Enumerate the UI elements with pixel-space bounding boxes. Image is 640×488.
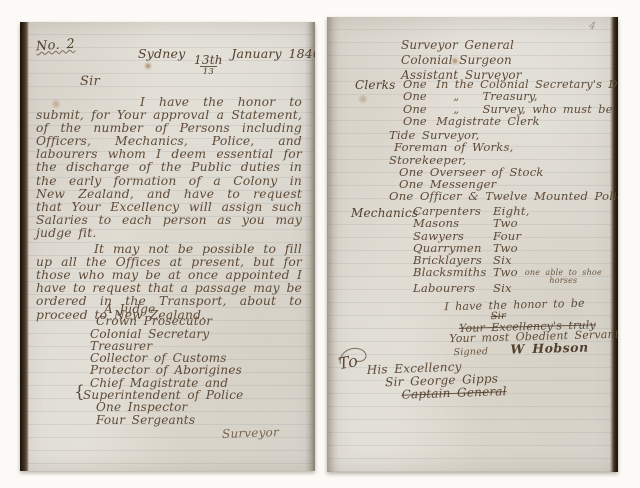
list-item: One Officer & Twelve Mounted Police: [389, 190, 618, 202]
clerk-post: In the Colonial Secretary's Department,: [436, 78, 618, 91]
list-item: Foreman of Works,: [394, 141, 618, 153]
clerks-margin-label: Clerks: [355, 79, 396, 91]
left-page: No. 2 Sydney 13th 13 January 1840 Sir I …: [20, 22, 315, 471]
binding-edge: [20, 22, 29, 471]
mechanic-count: Six: [493, 282, 512, 294]
dateline-day-alt: 13: [200, 66, 217, 77]
signature: W Hobson: [510, 340, 589, 357]
list-item: Surveyor General: [401, 38, 522, 53]
brace-mark: {: [74, 386, 85, 398]
mechanic-name: Blacksmiths: [413, 266, 493, 282]
clerks-rows: One In the Colonial Secretary's Departme…: [403, 79, 618, 129]
mechanic-row: Masons Two: [413, 217, 602, 229]
mechanic-note-line: horses: [525, 277, 602, 285]
addressee-line: Captain General: [401, 385, 507, 402]
dateline-place: Sydney: [138, 46, 185, 61]
scanned-manuscript: { "document": { "left_page": { "doc_numb…: [0, 0, 640, 488]
mechanic-count: Two: [493, 266, 518, 282]
dateline-day: 13th: [194, 54, 223, 66]
clerk-row: One Magistrate Clerk: [403, 116, 618, 128]
list-item: One Inspector: [96, 401, 243, 413]
list-item: Crown Prosecutor: [96, 315, 243, 327]
dateline: Sydney 13th 13 January 1840: [138, 46, 315, 77]
mechanics-section: Mechanics Carpenters Eight, Masons Two S…: [351, 205, 602, 295]
clerks-section: Clerks One In the Colonial Secretary's D…: [355, 79, 618, 129]
mechanic-note: one able to shoe horses: [525, 269, 602, 285]
salutation: Sir: [80, 74, 100, 89]
mechanic-name: Masons: [413, 217, 493, 229]
officers-list: Surveyor General Colonial Surgeon Assist…: [401, 38, 522, 83]
clerk-qty: One: [403, 116, 430, 128]
staff-list: Tide Surveyor, Foreman of Works, Storeke…: [389, 129, 618, 203]
clerk-post: Survey, who must be a Draughtsman: [483, 103, 618, 116]
mechanics-margin-label: Mechanics: [351, 207, 418, 219]
closing-block: I have the honor to be Sir Your Excellen…: [444, 298, 618, 360]
mechanic-count: Two: [493, 217, 518, 229]
list-item: Colonial Surgeon: [401, 53, 522, 68]
page-number-mark: 4: [589, 21, 597, 33]
dateline-month-year: January 1840: [231, 46, 315, 61]
paragraph: I have the honor to submit, for Your app…: [36, 96, 302, 240]
list-item: Protector of Aborigines: [90, 364, 243, 376]
appointments-list: A Judge Crown Prosecutor Colonial Secret…: [90, 303, 243, 426]
dateline-day-correction: 13th 13: [194, 54, 223, 77]
clerk-post: Magistrate Clerk: [436, 115, 539, 128]
ditto-mark: „: [436, 91, 476, 103]
list-item: { Superintendent of Police: [83, 389, 243, 401]
catchword: Surveyor: [222, 425, 279, 441]
right-page-gutter-shadow: [327, 17, 339, 472]
letter-body: I have the honor to submit, for Your app…: [36, 96, 302, 322]
flourish-decoration: [336, 343, 377, 370]
mechanic-row: Blacksmiths Two one able to shoe horses: [413, 266, 602, 282]
left-page-gutter-shadow: [305, 22, 315, 471]
addressee-block: To His Excellency Sir George Gipps Capta…: [338, 350, 507, 404]
clerk-post: Treasury,: [483, 90, 538, 103]
document-number: No. 2: [36, 37, 76, 55]
mechanics-rows: Carpenters Eight, Masons Two Sawyers Fou…: [413, 205, 602, 295]
mechanic-name: Labourers: [413, 282, 493, 294]
clerk-qty: One: [403, 91, 430, 103]
list-item: Four Sergeants: [96, 414, 243, 426]
right-page: 4 Surveyor General Colonial Surgeon Assi…: [327, 17, 618, 472]
list-item-label: Superintendent of Police: [83, 388, 243, 402]
